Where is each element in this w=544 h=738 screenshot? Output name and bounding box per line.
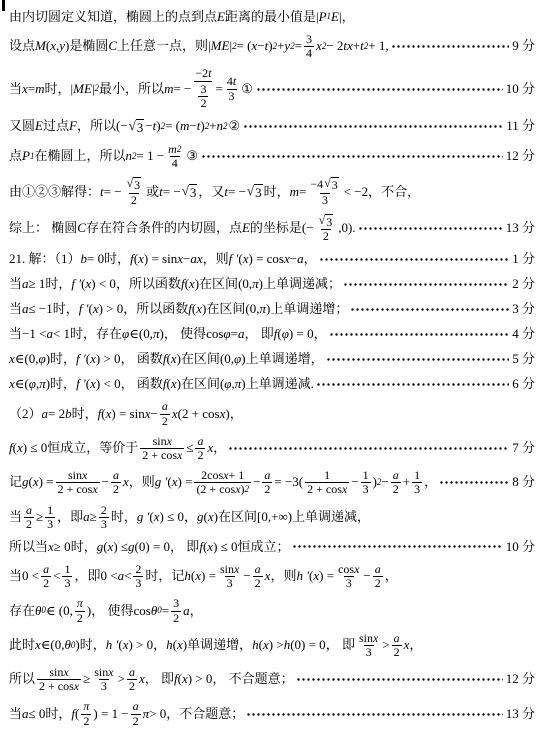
math-variable: π	[83, 700, 89, 713]
math-roman: (2 + cos	[196, 483, 235, 496]
text-cn: 时，	[111, 509, 137, 526]
dotted-leader	[319, 255, 510, 264]
math-roman: [0,+∞)	[257, 509, 292, 526]
fraction: 23	[133, 563, 143, 590]
math-variable: a	[255, 563, 261, 576]
math-roman: 2	[173, 612, 179, 625]
math-variable: a	[113, 469, 119, 482]
solution-line-19: 当0 < a2 < 13，即0 < a < 23时，记h(x) = sin x3…	[9, 562, 535, 591]
score-label: 10 分	[506, 539, 535, 556]
math-roman: 3	[101, 518, 107, 531]
math-roman: ∈(0,	[129, 326, 153, 343]
math-roman: −	[183, 251, 190, 268]
math-variable: x	[92, 483, 97, 496]
math-roman: ) ≤ 0	[23, 440, 47, 457]
solution-line-7: 综上： 椭圆 C存在符合条件的内切圆，点 E的坐标是(−√32,0).13 分	[9, 213, 535, 245]
score-label: 1 分	[512, 251, 535, 268]
circled-number: ②	[228, 118, 242, 135]
math-roman: ) = sin	[144, 251, 177, 268]
circled-number: ③	[185, 148, 199, 165]
math-variable: a	[43, 563, 49, 576]
text-cn: 在区间	[181, 376, 220, 393]
solution-line-9: 当a ≥ 1时， f ′(x) < 0，所以函数 f(x)在区间 (0, π)上…	[9, 274, 535, 294]
math-variable: x	[234, 563, 239, 576]
math-variable: x	[373, 632, 378, 645]
text-cn: 时，	[45, 706, 71, 723]
math-roman: ≥ 0	[54, 539, 71, 556]
circled-number: ①	[240, 81, 254, 98]
math-roman: = 2	[48, 406, 65, 423]
math-roman: sin	[94, 666, 108, 679]
solution-line-15: f(x) ≤ 0恒成立，等价于sin x2 + cos x ≤ a2x，7 分	[9, 434, 535, 463]
math-roman: < 1	[53, 326, 70, 343]
text-cn: 或	[146, 184, 159, 201]
math-variable: t	[208, 67, 211, 80]
math-roman: ) > 0	[96, 351, 121, 368]
fraction: 34	[304, 33, 314, 60]
math-variable: g ′	[155, 474, 168, 491]
text-cn: ， 函数	[121, 376, 163, 393]
fraction: m24	[166, 143, 183, 170]
text-cn: 21. 解：（1）	[9, 251, 81, 268]
text-cn: 此时	[9, 637, 35, 654]
math-variable: h ′	[106, 637, 119, 654]
math-roman: 3	[363, 483, 369, 496]
text-cn: 时，	[264, 184, 290, 201]
text-cn: 当	[9, 276, 22, 293]
math-roman: ≥	[90, 509, 97, 526]
math-roman: ) >	[269, 637, 284, 654]
math-roman: 2cos	[201, 469, 223, 482]
fraction: sin x3	[92, 666, 115, 693]
dotted-leader	[329, 330, 510, 339]
math-roman: 1	[324, 469, 330, 482]
math-roman: < −2	[344, 184, 368, 201]
text-cn: ，	[184, 509, 197, 526]
text-cn: ，	[314, 326, 327, 343]
text-cn: 恒成立，等价于	[47, 440, 138, 457]
text-cn: 当	[9, 326, 22, 343]
text-cn: ，	[190, 603, 203, 620]
fraction: −2t32	[193, 67, 213, 111]
math-roman: 4	[306, 47, 312, 60]
solution-line-2: 设点M(x, y)是椭圆 C上任意一点，则 |ME|2 = (x − t)2 +…	[9, 32, 535, 61]
solution-line-14: （2） a = 2b时， f(x) = sin x − a2x(2 + cos …	[9, 399, 535, 428]
text-cn: 所以	[9, 671, 35, 688]
dotted-leader	[243, 122, 503, 131]
solution-line-10: 当a ≤ −1时， f ′(x) > 0，所以函数 f(x)在区间(0,π)上单…	[9, 299, 535, 319]
text-cn: 存在符合条件的内切圆，点	[86, 220, 242, 237]
text-cn: 时，	[50, 376, 76, 393]
math-variable: t	[233, 75, 236, 88]
text-cn: 综上： 椭圆	[9, 220, 77, 237]
math-roman: = 1 −	[136, 148, 164, 165]
math-roman: 2	[43, 577, 49, 590]
math-roman: =	[216, 81, 223, 98]
text-cn: ，	[213, 440, 226, 457]
math-roman: 1	[363, 469, 369, 482]
math-variable: ME	[211, 38, 230, 55]
math-roman: 2 + cos	[58, 483, 93, 496]
math-variable: x	[354, 563, 359, 576]
solution-line-20: 存在θ0 ∈ (0,π2)， 使得 cos θ0 = 32a，	[9, 596, 535, 625]
math-variable: P	[319, 9, 327, 26]
fraction: a2	[391, 469, 401, 496]
math-roman: 2	[200, 97, 206, 110]
math-roman: cos	[206, 326, 223, 343]
score-label: 5 分	[512, 351, 535, 368]
text-cn: ， 即	[170, 539, 199, 556]
math-roman: ) = cos	[248, 251, 284, 268]
fraction: 13	[62, 563, 72, 590]
fraction: a2	[195, 435, 205, 462]
math-variable: x	[108, 666, 113, 679]
fraction: sin x3	[218, 563, 241, 590]
math-roman: 2	[162, 415, 168, 428]
math-roman: ∈(	[15, 376, 29, 393]
math-roman: 2	[375, 577, 381, 590]
text-cn: ， 即	[326, 637, 355, 654]
dotted-leader	[343, 280, 509, 289]
math-roman: 3	[414, 483, 420, 496]
math-variable: tx	[343, 38, 352, 55]
text-cn: ，	[304, 251, 317, 268]
fraction: a2	[24, 504, 34, 531]
math-roman: cos	[133, 603, 150, 620]
math-roman: ) =	[201, 568, 216, 585]
math-variable: φ	[38, 351, 45, 368]
math-roman: (0,	[245, 301, 259, 318]
fraction: a2	[160, 400, 170, 427]
sqrt-radical: √3	[129, 119, 145, 136]
text-cn: ，	[342, 9, 355, 26]
math-roman: (2 + cos	[178, 406, 220, 423]
text-cn: ，	[230, 406, 243, 423]
text-cn: ，所以函数	[123, 301, 188, 318]
math-variable: C	[77, 220, 86, 237]
text-cn: 由内切圆定义知道，椭圆上的点到点	[9, 9, 217, 26]
math-roman: ≥	[83, 671, 90, 688]
solution-line-3: 当 x = m时， |ME|2最小，所以 m = −−2t32 = 4t3①10…	[9, 66, 535, 112]
math-roman: 2	[131, 194, 137, 207]
score-label: 11 分	[506, 118, 535, 135]
math-roman: = −3(	[274, 474, 303, 491]
text-cn: 最小，所以	[99, 81, 164, 98]
math-variable: m	[35, 81, 44, 98]
fraction: a2	[127, 666, 137, 693]
text-cn: 时，存在	[70, 326, 122, 343]
math-variable: x	[167, 435, 172, 448]
math-variable: g ′	[137, 509, 150, 526]
math-roman: ) > 0	[128, 637, 153, 654]
math-roman: 3	[346, 577, 352, 590]
sqrt-radical: √3	[127, 177, 142, 192]
math-roman: ) > 0	[99, 301, 124, 318]
solution-line-21: 此时 x∈(0,θ0)时， h ′(x) > 0， h(x)单调递增， h(x)…	[9, 631, 535, 660]
text-cn: ，	[409, 637, 422, 654]
math-roman: 1	[414, 469, 420, 482]
math-roman: >	[382, 637, 389, 654]
math-roman: 2	[394, 646, 400, 659]
score-label: 6 分	[512, 376, 535, 393]
score-label: 3 分	[512, 301, 535, 318]
math-roman: (0,	[238, 276, 252, 293]
fraction: √32	[316, 214, 337, 244]
math-roman: 2	[101, 504, 107, 517]
text-cn: 时，	[80, 637, 106, 654]
dotted-leader	[358, 224, 503, 233]
text-cn: ，则	[203, 251, 229, 268]
math-variable: ME	[73, 81, 92, 98]
dotted-leader	[292, 542, 503, 551]
math-roman: +	[353, 38, 360, 55]
math-roman: 3	[306, 33, 312, 46]
math-variable: φ	[122, 326, 129, 343]
math-variable: C	[108, 38, 117, 55]
math-variable: f ′	[79, 301, 89, 318]
score-label: 10 分	[506, 81, 535, 98]
text-cn: ，不合，	[368, 184, 420, 201]
fraction: a2	[253, 563, 263, 590]
math-variable: x	[177, 449, 182, 462]
superscript: 2	[177, 145, 182, 155]
math-roman: 2	[323, 230, 329, 243]
math-roman: +	[209, 118, 216, 135]
text-cn: ，又	[198, 184, 224, 201]
math-variable: a	[162, 400, 168, 413]
math-roman: cos	[338, 563, 354, 576]
fraction: sin x2 + cos x	[140, 435, 184, 462]
text-cn: 所以当	[9, 539, 48, 556]
cursor-artifact	[2, 0, 5, 11]
text-cn: ， 使得	[164, 326, 206, 343]
math-roman: ) = sin	[111, 406, 144, 423]
sqrt-radical: √3	[182, 184, 198, 201]
text-cn: 记	[9, 474, 22, 491]
math-variable: φ	[282, 326, 289, 343]
text-cn: 时，	[72, 406, 98, 423]
text-cn: ，即	[74, 568, 100, 585]
math-roman: −	[243, 568, 250, 585]
text-cn: 当	[9, 509, 22, 526]
text-cn: ，所以函数	[116, 276, 181, 293]
fraction: sin x2 + cos x	[37, 666, 81, 693]
math-variable: φ	[29, 376, 36, 393]
math-variable: π	[77, 597, 83, 610]
fraction: √32	[124, 177, 145, 207]
math-variable: f ′	[71, 276, 81, 293]
math-roman: (0) = 0	[290, 637, 326, 654]
math-variable: φ	[234, 351, 241, 368]
math-roman: −	[290, 251, 297, 268]
math-variable: m	[180, 118, 189, 135]
text-cn: 时，记	[145, 568, 184, 585]
math-roman: −	[363, 568, 370, 585]
text-cn: 由①②③解得：	[9, 184, 100, 201]
math-roman: 2	[113, 483, 119, 496]
solution-line-4: 又圆 E过点 F，所以 (−√3 − t)2 = (m − t)2 + n2②1…	[9, 117, 535, 137]
math-variable: x	[63, 666, 68, 679]
math-roman: = −	[163, 184, 181, 201]
fraction: a2	[262, 469, 272, 496]
math-roman: 3	[173, 597, 179, 610]
math-roman: 2 + cos	[39, 680, 74, 693]
math-roman: −	[381, 474, 388, 491]
math-variable: m	[168, 143, 177, 156]
math-roman: −	[102, 474, 109, 491]
math-roman: + 1	[229, 469, 245, 482]
math-variable: a	[129, 666, 135, 679]
text-cn: 单调递增，	[187, 637, 252, 654]
text-cn: ， 即	[145, 671, 174, 688]
math-roman: = (	[165, 118, 180, 135]
math-roman: ) ≤ 0	[213, 539, 237, 556]
fraction: π2	[75, 597, 85, 624]
math-roman: 4	[172, 157, 178, 170]
math-roman: sin	[49, 666, 63, 679]
fraction: cos x3	[336, 563, 361, 590]
text-cn: 时，	[104, 251, 130, 268]
solution-line-8: 21. 解：（1） b = 0时， f(x) = sin x − ax，则 f …	[9, 249, 535, 269]
math-roman: −	[257, 38, 264, 55]
text-cn: 时，	[71, 539, 97, 556]
math-roman: +	[403, 474, 410, 491]
score-label: 13 分	[506, 706, 535, 723]
math-variable: F	[69, 118, 77, 135]
math-roman: 3	[47, 518, 53, 531]
fraction: 13	[412, 469, 422, 496]
math-variable: a	[264, 469, 270, 482]
text-cn: ，	[385, 568, 398, 585]
math-roman: sin	[220, 563, 234, 576]
text-cn: 在区间	[218, 509, 257, 526]
document-body: 由内切圆定义知道，椭圆上的点到点 E距离的最小值是|P1E|，设点M(x, y)…	[0, 0, 544, 729]
math-roman: = −	[228, 184, 246, 201]
math-roman: (−	[302, 220, 314, 237]
math-variable: E	[331, 9, 339, 26]
text-cn: 是椭圆	[69, 38, 108, 55]
math-roman: sin	[68, 469, 82, 482]
solution-line-18: 所以当 x ≥ 0时， g(x) ≤ g(0) = 0， 即 f(x) ≤ 0恒…	[9, 537, 535, 557]
math-variable: m	[290, 184, 299, 201]
math-variable: φ	[224, 376, 231, 393]
math-roman: ) ≤ 0	[160, 509, 184, 526]
math-roman: ) =	[319, 568, 334, 585]
text-cn: 距离的最小值是	[225, 9, 316, 26]
math-roman: 2	[83, 715, 89, 728]
text-cn: ，	[153, 637, 166, 654]
math-roman: −	[145, 118, 152, 135]
score-label: 9 分	[512, 38, 535, 55]
math-roman: >	[118, 671, 125, 688]
fraction: 23	[99, 504, 109, 531]
math-roman: ) = 0	[289, 326, 314, 343]
text-cn: 当	[9, 568, 22, 585]
text-cn: 时，	[53, 301, 79, 318]
text-cn: 在椭圆上，所以	[34, 148, 125, 165]
math-roman: −1 <	[22, 326, 46, 343]
math-roman: −4	[310, 178, 323, 191]
math-roman: 2	[133, 715, 139, 728]
text-cn: ，即	[57, 509, 83, 526]
math-roman: ∈(0,	[41, 637, 65, 654]
sqrt-radical: √3	[319, 214, 334, 229]
math-variable: P	[22, 148, 30, 165]
math-roman: 2	[26, 518, 32, 531]
text-cn: 恒成立；	[238, 539, 290, 556]
math-roman: <	[53, 568, 60, 585]
dotted-leader	[228, 444, 509, 453]
math-roman: 3	[64, 577, 70, 590]
fraction: a2	[41, 563, 51, 590]
math-variable: ax	[190, 251, 202, 268]
math-roman: −	[253, 474, 260, 491]
math-roman: ) = 1 −	[93, 706, 128, 723]
sqrt-radical: √3	[324, 177, 339, 192]
score-label: 7 分	[512, 440, 535, 457]
math-variable: x	[342, 483, 347, 496]
score-label: 12 分	[506, 148, 535, 165]
math-roman: ) =	[39, 474, 54, 491]
fraction: π2	[81, 700, 91, 727]
score-label: 4 分	[512, 326, 535, 343]
math-roman: (	[75, 706, 79, 723]
math-roman: ) < 0	[91, 276, 116, 293]
math-roman: sin	[153, 435, 167, 448]
text-cn: 在区间	[181, 351, 220, 368]
math-roman: = 0	[87, 251, 104, 268]
text-cn: 时，	[50, 351, 76, 368]
dotted-leader	[316, 380, 509, 389]
text-cn: ，则	[270, 568, 296, 585]
math-roman: 2 + cos	[307, 483, 342, 496]
math-variable: a	[133, 700, 139, 713]
dotted-leader	[391, 42, 510, 51]
math-roman: sin	[359, 632, 373, 645]
text-cn: ，所以	[77, 118, 116, 135]
fraction: sin x2 + cos x	[56, 469, 100, 496]
math-variable: x	[74, 680, 79, 693]
math-roman: 2	[393, 483, 399, 496]
text-cn: ，不合题意；	[166, 706, 244, 723]
math-roman: 1	[47, 504, 53, 517]
math-variable: f ′	[76, 376, 86, 393]
math-roman: 2	[135, 563, 141, 576]
math-roman: 0 <	[100, 568, 117, 585]
math-roman: =	[28, 81, 35, 98]
score-label: 12 分	[506, 671, 535, 688]
math-variable: h ′	[296, 568, 309, 585]
math-variable: m	[164, 81, 173, 98]
math-variable: a	[197, 435, 203, 448]
math-roman: 3	[200, 83, 206, 96]
text-cn: 存在	[9, 603, 35, 620]
fraction: 32	[171, 597, 181, 624]
math-roman: =	[295, 38, 302, 55]
text-cn: 上单调递增；	[270, 301, 348, 318]
math-roman: ∈ (0,	[46, 603, 73, 620]
text-cn: 在区间	[206, 301, 245, 318]
math-roman: 3	[227, 577, 233, 590]
math-roman: ,0).	[338, 220, 355, 237]
math-roman: ≥	[36, 509, 43, 526]
text-cn: 上单调递增，	[246, 351, 324, 368]
math-roman: =	[231, 326, 238, 343]
math-roman: 2 + cos	[142, 449, 177, 462]
math-roman: 3	[229, 90, 235, 103]
math-variable: a	[393, 469, 399, 482]
math-roman: (−	[116, 118, 128, 135]
